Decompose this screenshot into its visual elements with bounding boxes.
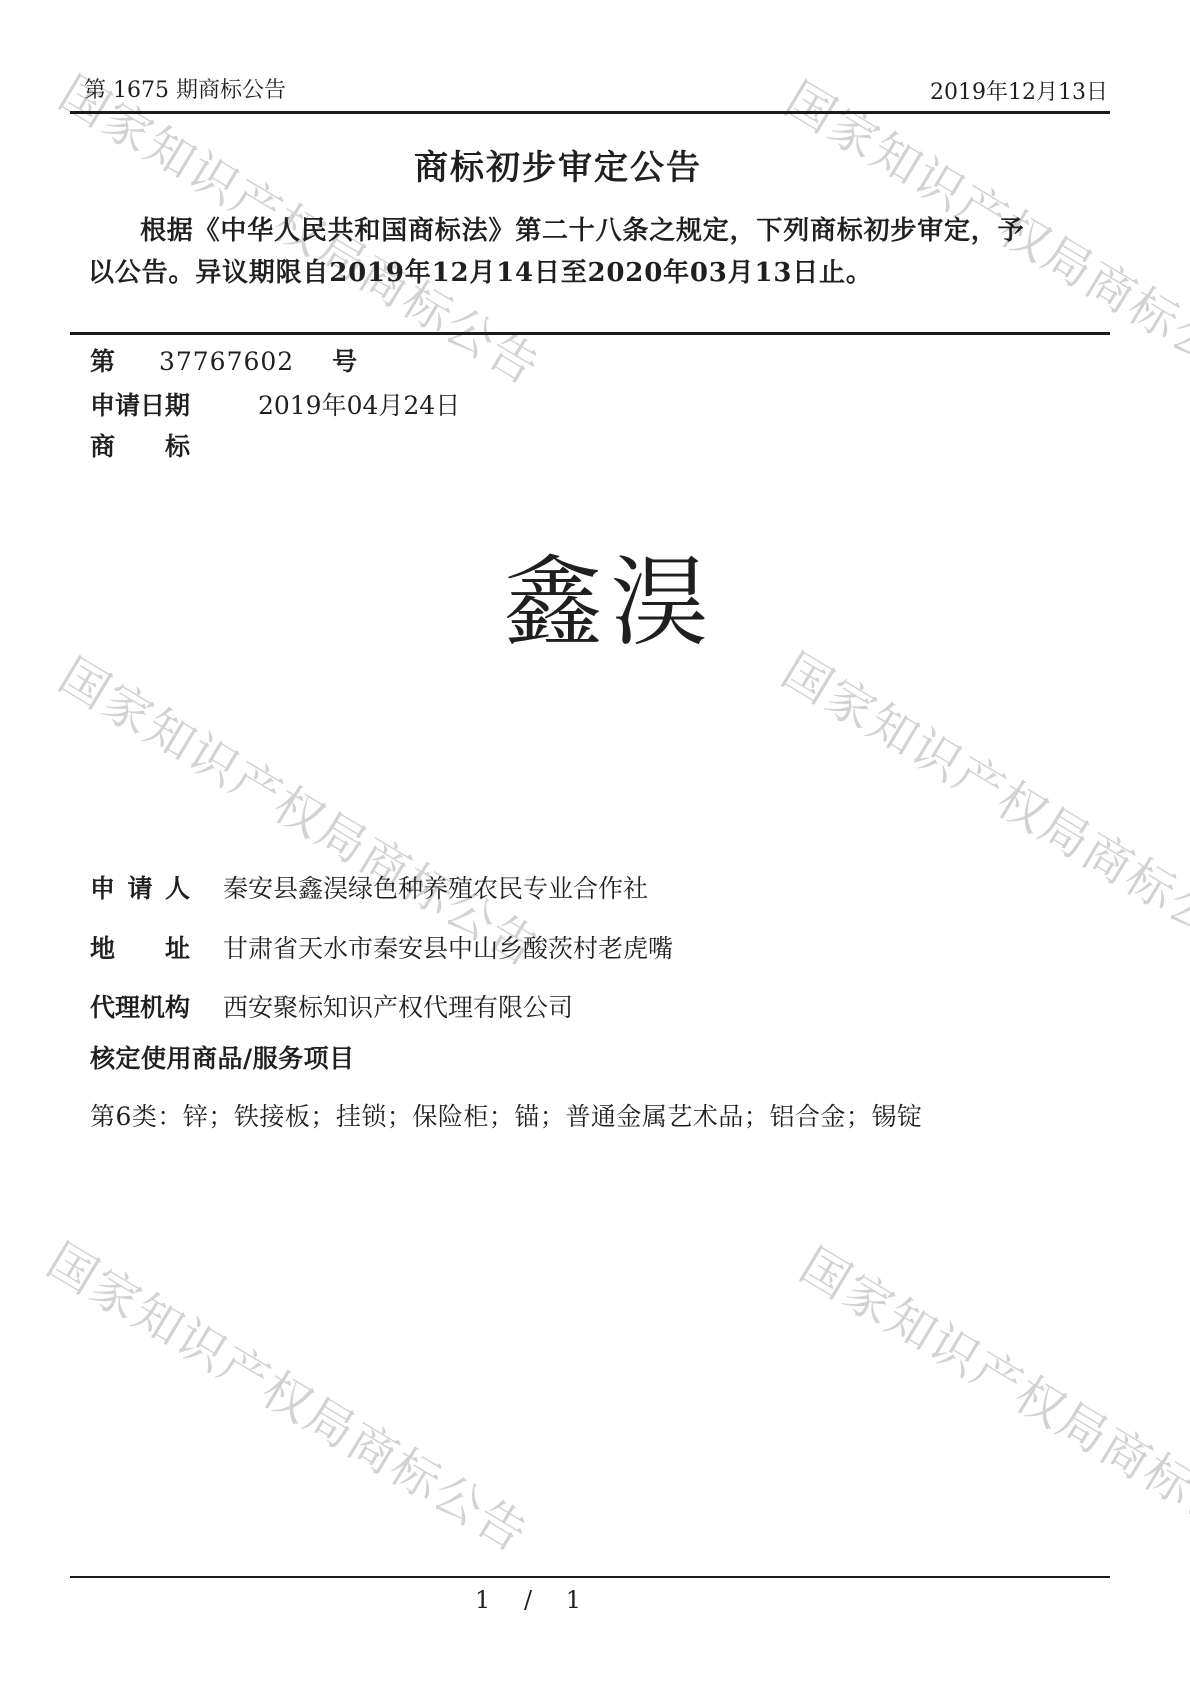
- number-prefix-label: 第: [90, 347, 115, 376]
- current-page-number: 1: [475, 1586, 490, 1614]
- application-date-row: 申请日期 2019年04月24日: [90, 391, 460, 421]
- application-date-label: 申请日期: [90, 391, 190, 421]
- number-suffix-label: 号: [332, 347, 357, 376]
- page-title: 商标初步审定公告: [0, 140, 1116, 189]
- application-number-row: 第 37767602 号: [90, 347, 357, 377]
- goods-list-text: 第6类：锌；铁接板；挂锁；保险柜；锚；普通金属艺术品；铝合金；锡锭: [90, 1102, 922, 1131]
- applicant-label: 申请人: [90, 874, 190, 904]
- applicant-value: 秦安县鑫淏绿色种养殖农民专业合作社: [223, 874, 648, 903]
- watermark-text: 国家知识产权局商标公告: [48, 638, 555, 980]
- announcement-intro: 根据《中华人民共和国商标法》第二十八条之规定，下列商标初步审定，予 以公告。异议…: [88, 210, 1068, 294]
- application-date-value: 2019年04月24日: [258, 391, 460, 420]
- section-divider: [70, 332, 1110, 335]
- trademark-label: 商标: [90, 432, 190, 462]
- agent-value: 西安聚标知识产权代理有限公司: [223, 993, 573, 1022]
- goods-section-header: 核定使用商品/服务项目: [90, 1044, 355, 1074]
- goods-header-text: 核定使用商品/服务项目: [90, 1044, 355, 1073]
- address-label: 地址: [90, 934, 190, 964]
- trademark-label-row: 商标: [90, 432, 190, 462]
- page-number-separator: /: [524, 1586, 532, 1614]
- trademark-gazette-page: 国家知识产权局商标公告 国家知识产权局商标公告 国家知识产权局商标公告 国家知识…: [0, 0, 1190, 1684]
- application-number: 37767602: [159, 347, 294, 376]
- address-value: 甘肃省天水市秦安县中山乡酸茨村老虎嘴: [223, 934, 673, 963]
- intro-line-1: 根据《中华人民共和国商标法》第二十八条之规定，下列商标初步审定，予: [88, 210, 1068, 252]
- watermark-text: 国家知识产权局商标公告: [771, 633, 1190, 975]
- address-row: 地址 甘肃省天水市秦安县中山乡酸茨村老虎嘴: [90, 934, 673, 964]
- gazette-date: 2019年12月13日: [930, 80, 1108, 106]
- agent-row: 代理机构 西安聚标知识产权代理有限公司: [90, 993, 573, 1023]
- watermark-text: 国家知识产权局商标公告: [36, 1223, 543, 1565]
- footer-divider: [70, 1576, 1110, 1578]
- trademark-mark: 鑫淏: [0, 548, 1190, 658]
- applicant-row: 申请人 秦安县鑫淏绿色种养殖农民专业合作社: [90, 874, 648, 904]
- page-number-footer: 1 / 1: [0, 1586, 1056, 1614]
- goods-list-row: 第6类：锌；铁接板；挂锁；保险柜；锚；普通金属艺术品；铝合金；锡锭: [90, 1102, 922, 1132]
- gazette-issue-label: 第 1675 期商标公告: [84, 78, 286, 104]
- intro-line-2: 以公告。异议期限自2019年12月14日至2020年03月13日止。: [88, 252, 1068, 294]
- total-page-number: 1: [566, 1586, 581, 1614]
- header-divider: [70, 111, 1110, 114]
- watermark-text: 国家知识产权局商标公告: [789, 1228, 1190, 1570]
- agent-label: 代理机构: [90, 993, 190, 1023]
